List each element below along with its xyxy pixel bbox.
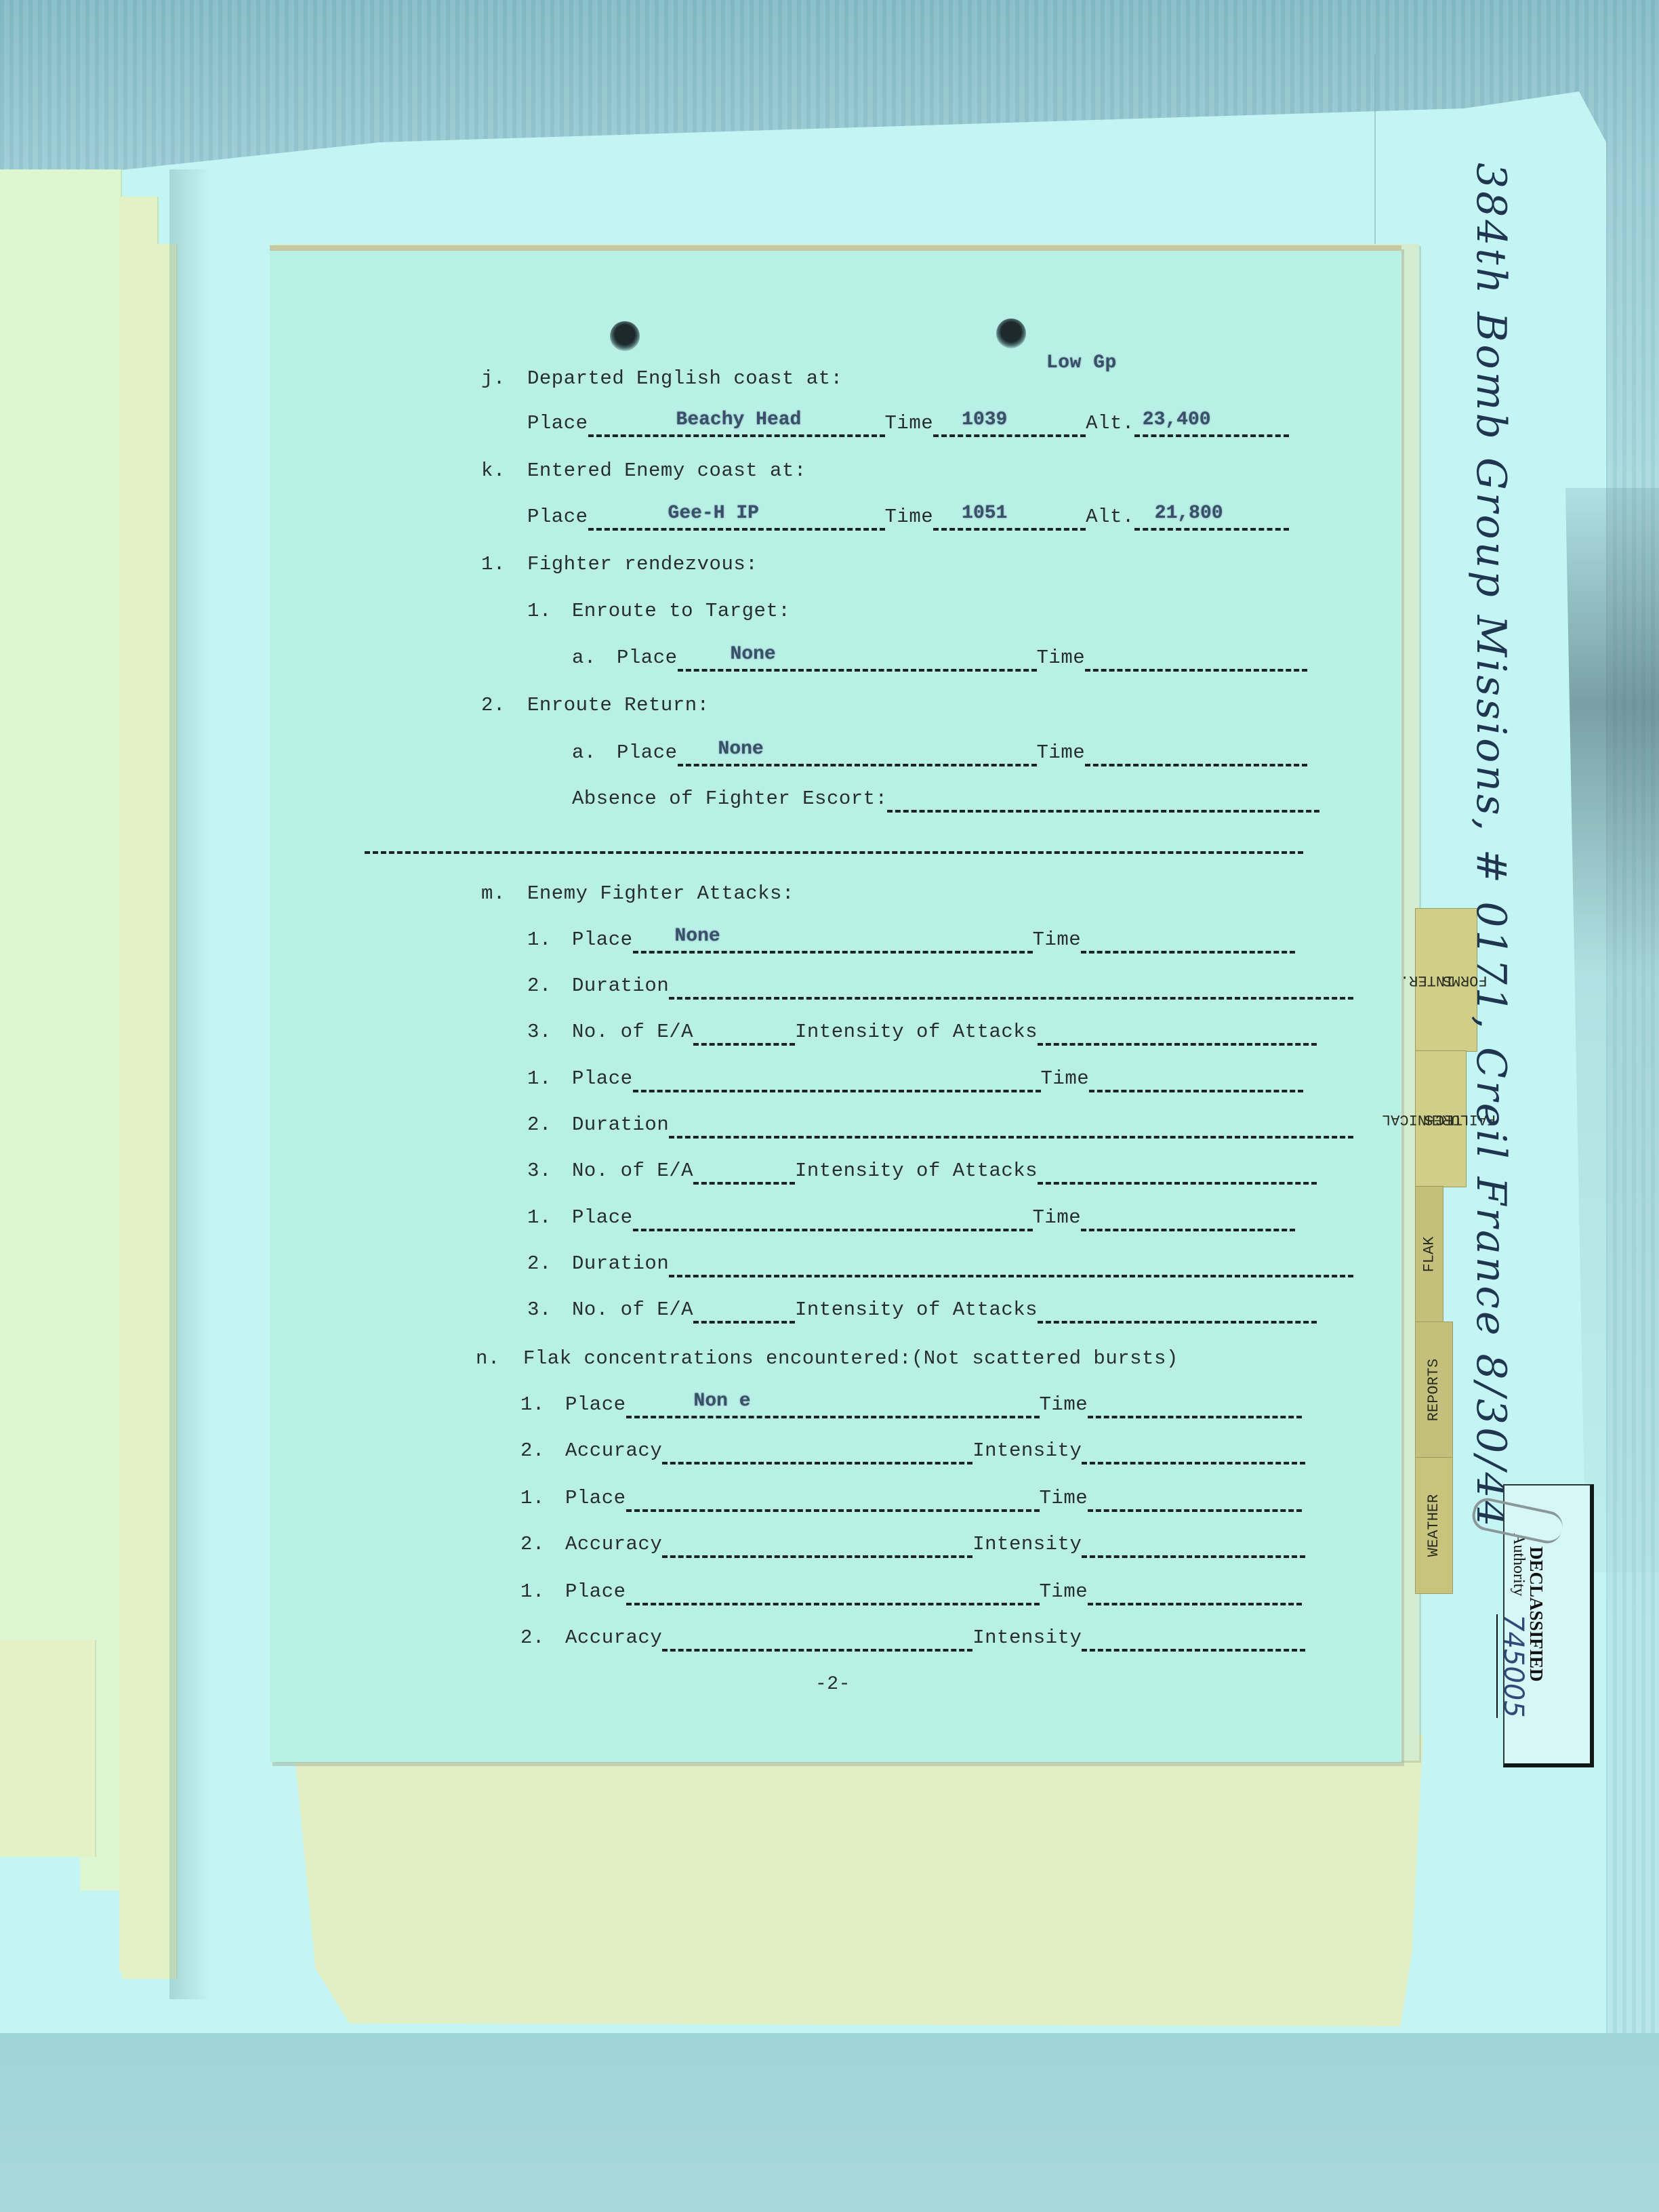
item-marker: 2. [520,1533,565,1555]
onionskin-sheet [293,1735,1423,2026]
attack-place-field[interactable] [633,1210,1033,1231]
tab-technical-failures[interactable]: TECHNICALFAILURES [1415,1050,1467,1187]
flak-accuracy-line: 2. Accuracy Intensity [520,1626,1305,1649]
field-label: Intensity of Attacks [795,1021,1038,1043]
flak-intensity-field[interactable] [1082,1443,1305,1465]
typed-value: 21,800 [1155,503,1223,524]
field-label: Intensity of Attacks [795,1160,1038,1182]
typed-value: 1051 [962,503,1007,524]
flak-place-line: 1. Place Time [520,1487,1302,1509]
field-label: No. of E/A [572,1298,693,1321]
departed-place-field[interactable]: Beachy Head [588,415,885,437]
field-label: Place [572,1067,633,1090]
attack-ea-line: 3. No. of E/A Intensity of Attacks [527,1160,1317,1182]
field-label: Accuracy [565,1439,662,1462]
enemy-aircraft-count-field[interactable] [693,1163,795,1185]
item-marker: 2. [527,1252,572,1275]
attack-place-line: 1. Place Time [527,1206,1295,1229]
field-label: Time [1040,1393,1088,1416]
field-label: Duration [572,1252,669,1275]
field-label: Place [617,647,678,669]
enroute-return-heading: 2. Enroute Return: [481,694,710,716]
item-marker: 3. [527,1298,572,1321]
rendezvous-return-time-field[interactable] [1085,745,1307,766]
field-label: Time [1033,928,1082,951]
section-k-heading: k. Entered Enemy coast at: [481,459,806,482]
attack-place-field[interactable] [633,1071,1041,1092]
item-marker: 3. [527,1160,572,1182]
field-label: Place [572,928,633,951]
field-label: Time [1037,647,1086,669]
left-paper-stack [0,169,197,2053]
stack-shadow [169,169,210,1999]
folder-label-text: 384th Bomb Group Missions, # 0171, Creil… [1467,163,1515,1530]
flak-place-field[interactable] [626,1584,1040,1605]
typed-value: Gee-H IP [668,503,759,524]
flak-accuracy-field[interactable] [662,1630,972,1652]
flak-place-line: 1. Place Non e Time [520,1393,1302,1416]
flak-time-field[interactable] [1088,1490,1302,1512]
field-label: Intensity of Attacks [795,1298,1038,1321]
item-marker: 1. [520,1393,565,1416]
attack-ea-line: 3. No. of E/A Intensity of Attacks [527,1021,1317,1043]
flak-intensity-field[interactable] [1082,1630,1305,1652]
section-heading: Flak concentrations encountered:(Not sca… [523,1347,1179,1370]
attack-duration-field[interactable] [669,978,1353,1000]
enroute-target-heading: 1. Enroute to Target: [527,600,790,622]
attack-place-field[interactable]: None [633,932,1033,954]
authority-value: 745005 [1496,1614,1529,1718]
field-label: Duration [572,975,669,997]
section-j-fields: Place Beachy Head Time 1039 Alt. 23,400 [527,412,1289,434]
flak-time-field[interactable] [1088,1584,1302,1605]
field-label: Time [1041,1067,1090,1090]
field-label: Place [617,741,678,764]
tab-label: FLAK [1420,1237,1439,1273]
field-label: Time [885,506,934,528]
section-marker: m. [481,882,527,905]
attack-intensity-field[interactable] [1038,1302,1317,1324]
item-marker: 1. [527,600,572,622]
field-label: Alt. [1086,506,1134,528]
item-marker: 3. [527,1021,572,1043]
field-label: Intensity [972,1439,1082,1462]
field-label: Place [527,506,588,528]
section-l-heading: 1. Fighter rendezvous: [481,553,758,575]
typed-value: None [731,644,776,665]
flak-accuracy-line: 2. Accuracy Intensity [520,1439,1305,1462]
item-marker: 2. [520,1439,565,1462]
section-heading: Enemy Fighter Attacks: [527,882,794,905]
sub-marker: a. [572,741,617,764]
field-label: Time [1033,1206,1082,1229]
attack-ea-line: 3. No. of E/A Intensity of Attacks [527,1298,1317,1321]
flak-accuracy-field[interactable] [662,1536,972,1558]
section-m-heading: m. Enemy Fighter Attacks: [481,882,794,905]
section-heading: Departed English coast at: [527,367,842,390]
interrogation-form-page: Low Gp j. Departed English coast at: Pla… [270,245,1401,1762]
field-label: Place [565,1580,626,1603]
item-marker: 1. [520,1580,565,1603]
rendezvous-target-time-field[interactable] [1085,650,1307,672]
attack-intensity-field[interactable] [1038,1163,1317,1185]
field-label: No. of E/A [572,1021,693,1043]
tab-weather[interactable]: WEATHER [1415,1457,1453,1594]
enemy-aircraft-count-field[interactable] [693,1024,795,1046]
typed-value: None [718,739,764,760]
field-label: Place [572,1206,633,1229]
flak-time-field[interactable] [1088,1397,1302,1418]
attack-duration-line: 2. Duration [527,1113,1353,1136]
enemy-aircraft-count-field[interactable] [693,1302,795,1324]
tab-reports[interactable]: REPORTS [1415,1322,1453,1458]
table-edge [0,2033,1659,2212]
section-marker: k. [481,459,527,482]
item-marker: 2. [481,694,527,716]
field-label: Absence of Fighter Escort: [572,787,887,810]
rendezvous-return-place-field[interactable]: None [678,745,1037,766]
field-label: Intensity [972,1533,1082,1555]
folder-handwritten-label: 384th Bomb Group Missions, # 0171, Creil… [1467,163,1515,1301]
attack-duration-line: 2. Duration [527,975,1353,997]
typed-value: Non e [694,1391,751,1412]
item-marker: 1. [527,1067,572,1090]
entered-time-field[interactable]: 1051 [933,509,1086,531]
field-label: Time [1037,741,1086,764]
stack-sheet [0,169,83,1640]
item-marker: 1. [520,1487,565,1509]
flak-intensity-field[interactable] [1082,1536,1305,1558]
attack-duration-line: 2. Duration [527,1252,1353,1275]
departed-time-field[interactable]: 1039 [933,415,1086,437]
field-label: Time [1040,1580,1088,1603]
form-content: Low Gp j. Departed English coast at: Pla… [270,251,1401,1762]
flak-place-line: 1. Place Time [520,1580,1302,1603]
section-heading: Entered Enemy coast at: [527,459,806,482]
attack-time-field[interactable] [1081,1210,1295,1231]
field-label: No. of E/A [572,1160,693,1182]
item-marker: 1. [527,928,572,951]
attack-intensity-field[interactable] [1038,1024,1317,1046]
typed-value: None [675,926,720,947]
attack-place-line: 1. Place Time [527,1067,1303,1090]
departed-alt-field[interactable]: 23,400 [1134,415,1289,437]
field-label: Duration [572,1113,669,1136]
entered-alt-field[interactable]: 21,800 [1134,509,1289,531]
authority-label: Authority [1509,1533,1528,1596]
tab-label: WEATHER [1425,1494,1443,1557]
item-heading: Enroute Return: [527,694,710,716]
tab-flak[interactable]: FLAK [1415,1186,1443,1323]
typed-value: 1039 [962,409,1007,430]
group-note: Low Gp [1046,352,1117,373]
field-label: Intensity [972,1626,1082,1649]
typed-value: Beachy Head [676,409,802,430]
enroute-return-fields: a. Place None Time [572,741,1307,764]
absence-escort-field[interactable] [887,791,1319,813]
attack-duration-field[interactable] [669,1256,1353,1277]
attack-place-line: 1. Place None Time [527,928,1295,951]
section-marker: 1. [481,553,527,575]
field-label: Place [565,1487,626,1509]
stack-sheet [80,169,122,1891]
flak-place-field[interactable]: Non e [626,1397,1040,1418]
item-marker: 2. [520,1626,565,1649]
field-label: Place [565,1393,626,1416]
attack-time-field[interactable] [1081,932,1295,954]
section-n-heading: n. Flak concentrations encountered:(Not … [476,1347,1179,1370]
item-marker: 2. [527,1113,572,1136]
section-marker: n. [476,1347,523,1370]
flak-accuracy-field[interactable] [662,1443,972,1465]
typed-value: 23,400 [1143,409,1211,430]
field-label: Accuracy [565,1533,662,1555]
flak-place-field[interactable] [626,1490,1040,1512]
entered-place-field[interactable]: Gee-H IP [588,509,885,531]
section-divider [365,851,1303,854]
field-label: Accuracy [565,1626,662,1649]
attack-duration-field[interactable] [669,1117,1353,1139]
attack-time-field[interactable] [1089,1071,1303,1092]
section-marker: j. [481,367,527,390]
section-k-fields: Place Gee-H IP Time 1051 Alt. 21,800 [527,506,1289,528]
stack-sheet [0,1640,96,1857]
absence-escort-line: Absence of Fighter Escort: [572,787,1319,810]
item-marker: 1. [527,1206,572,1229]
field-label: Time [885,412,934,434]
field-label: Place [527,412,588,434]
item-marker: 2. [527,975,572,997]
page-number: -2- [815,1674,851,1695]
flak-accuracy-line: 2. Accuracy Intensity [520,1533,1305,1555]
field-label: Alt. [1086,412,1134,434]
item-heading: Enroute to Target: [572,600,790,622]
enroute-target-fields: a. Place None Time [572,647,1307,669]
section-j-heading: j. Departed English coast at: [481,367,842,390]
sub-marker: a. [572,647,617,669]
section-heading: Fighter rendezvous: [527,553,758,575]
tab-label: REPORTS [1425,1359,1443,1421]
field-label: Time [1040,1487,1088,1509]
rendezvous-target-place-field[interactable]: None [678,650,1037,672]
